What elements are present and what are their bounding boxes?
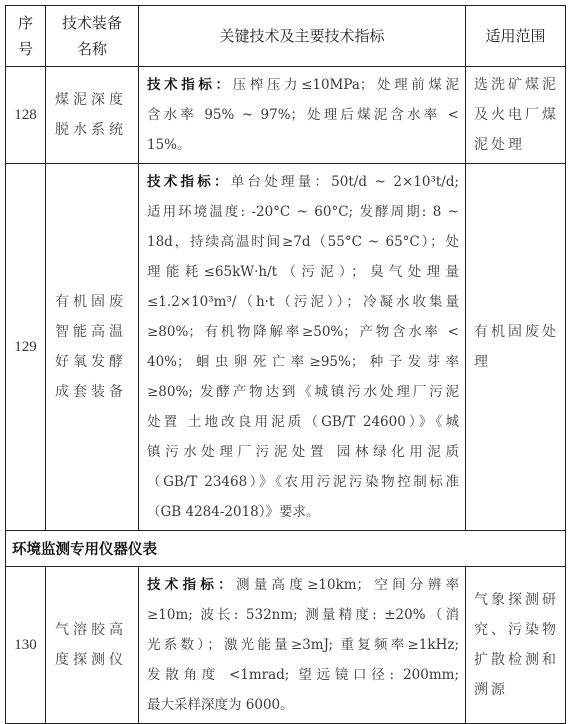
application-scope: 选洗矿煤泥 及火电厂煤 泥处理 <box>466 67 566 164</box>
application-scope: 有机固废处 理 <box>466 164 566 531</box>
table-row: 128 煤泥深度 脱水系统 技术指标：压榨压力≤10MPa；处理前煤泥 含水率 … <box>6 67 566 164</box>
key-tech-specs: 技术指标：测量高度≥10km；空间分辨率 ≥10m; 波长: 532nm; 测量… <box>139 567 466 706</box>
section-header-row: 环境监测专用仪器仪表 <box>6 531 566 567</box>
document-page: 序 号 技术装备 名称 关键技术及主要技术指标 适用范围 128 煤泥深度 脱水… <box>5 5 565 705</box>
table-row: 130 气溶胶高 度探测仪 技术指标：测量高度≥10km；空间分辨率 ≥10m;… <box>6 567 566 706</box>
row-number: 128 <box>6 67 46 164</box>
table-header-row: 序 号 技术装备 名称 关键技术及主要技术指标 适用范围 <box>6 6 566 67</box>
spec-label: 技术指标： <box>147 174 231 190</box>
key-tech-specs: 技术指标：压榨压力≤10MPa；处理前煤泥 含水率 95% ~ 97%；处理后煤… <box>139 67 466 164</box>
header-name: 技术装备 名称 <box>46 6 139 67</box>
header-no: 序 号 <box>6 6 46 67</box>
key-tech-specs: 技术指标：单台处理量：50t/d ~ 2×10³t/d; 适用环境温度: -20… <box>139 164 466 531</box>
row-number: 129 <box>6 164 46 531</box>
application-scope: 气象探测研 究、污染物 扩散检测和 溯源 <box>466 567 566 706</box>
table-row: 129 有机固废 智能高温 好氧发酵 成套装备 技术指标：单台处理量：50t/d… <box>6 164 566 531</box>
header-scope: 适用范围 <box>466 6 566 67</box>
equipment-name: 煤泥深度 脱水系统 <box>46 67 139 164</box>
row-number: 130 <box>6 567 46 706</box>
equipment-name: 有机固废 智能高温 好氧发酵 成套装备 <box>46 164 139 531</box>
header-key-tech: 关键技术及主要技术指标 <box>139 6 466 67</box>
spec-label: 技术指标： <box>147 77 233 93</box>
equipment-table: 序 号 技术装备 名称 关键技术及主要技术指标 适用范围 128 煤泥深度 脱水… <box>5 5 566 705</box>
spec-label: 技术指标： <box>147 577 236 593</box>
section-title: 环境监测专用仪器仪表 <box>6 531 566 567</box>
equipment-name: 气溶胶高 度探测仪 <box>46 567 139 706</box>
